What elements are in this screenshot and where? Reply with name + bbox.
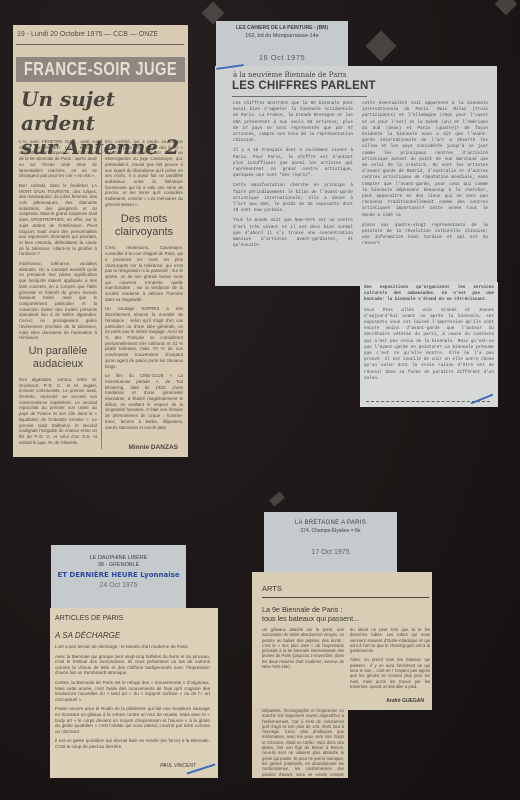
headline-line: tous les bateaux qui passent... — [262, 614, 359, 623]
paragraph: des expositions qu'organisent les servic… — [364, 285, 494, 304]
paragraph: Des algarades, surtout, entre M. Grosbou… — [19, 377, 97, 445]
subhead-line: audacieux — [19, 358, 97, 371]
paragraph: du talent ne peut s'en que la le les der… — [350, 627, 430, 653]
date-stamp: 17 Oct 1975 — [264, 549, 397, 556]
clipping-dauphine-libere-stamp: LE DAUPHINE LIBERE 38 - GRENOBLE ET DERN… — [51, 545, 186, 610]
paragraph: Certes, la Biennale de Paris est le refu… — [55, 680, 210, 702]
publication-address: 374, Champs-Élysées = 8e — [264, 528, 397, 534]
paragraph: cette éventualité soit apparente à la bi… — [362, 101, 488, 219]
headline: A SA DÉCHARGE — [55, 631, 120, 640]
subhead: Un parallèle audacieux — [19, 345, 97, 371]
article-column-2: du talent ne peut s'en que la le les der… — [350, 627, 430, 693]
paragraph: Eric Losfeld, qui a perdu sa maison d'éd… — [105, 139, 183, 207]
paragraph: Il est un geste quotidien qui devrait fa… — [55, 738, 210, 749]
section-rule — [262, 597, 429, 598]
article-column-1: Un gâteaux attaché sur la porte, une suc… — [262, 627, 344, 673]
signature: PAUL VINCENT — [160, 763, 196, 769]
paragraph: Avec la Biennale qui groupe cent vingt-c… — [55, 654, 210, 676]
paragraph: L'art a son terrain de décharge : le Mus… — [55, 644, 210, 650]
kicker: à la neuvième Biennale de Paris — [233, 71, 346, 79]
clipping-arts-biennale: ARTS La 9e Biennale de Paris : tous les … — [252, 572, 432, 710]
subhead-line: Des mots — [105, 213, 183, 226]
article-column-2: cette éventualité soit apparente à la bi… — [362, 101, 488, 252]
paragraph: Le film du CINE-CLUB « La monstrueuse pa… — [105, 373, 183, 430]
paragraph: L'AI, avec FENETRE SUR... avait eu raiso… — [19, 139, 97, 179]
publication-name: LES CAHIERS DE LA PEINTURE - (BM) — [216, 25, 348, 31]
photo-corner — [495, 0, 518, 15]
clipping-les-chiffres-parlent-continued: des expositions qu'organisent les servic… — [360, 282, 498, 407]
paragraph: Un sondage SOFRES a très discrètement ré… — [105, 306, 183, 369]
section-label: ARTICLES DE PARIS — [55, 615, 123, 622]
date-stamp: 16 Oct 1975 — [216, 53, 348, 62]
signature: Minnie DANZAS — [129, 444, 178, 451]
subhead: Des mots clairvoyants — [105, 213, 183, 239]
publication-address: 162, bd du Montparnasse-14e — [216, 33, 348, 39]
paragraph: place aux quatre-vingt représentants de … — [362, 223, 488, 248]
banner-label: FRANCE-SOIR JUGE — [24, 59, 177, 80]
paragraph: Un gâteaux attaché sur la porte, une suc… — [262, 627, 344, 669]
rule — [16, 44, 184, 45]
subhead-line: clairvoyants — [105, 226, 183, 239]
paragraph: C'est, néanmoins, Casamayor, conseiller … — [105, 245, 183, 302]
section-label: ARTS — [262, 584, 282, 593]
article-column-2-continued: des expositions qu'organisent les servic… — [364, 285, 494, 386]
publication-name: LA BRETAGNE A PARIS — [264, 520, 397, 526]
banner: FRANCE-SOIR JUGE — [16, 57, 185, 82]
paragraph: Il y a 15 Français dont 4 seulement vive… — [233, 148, 353, 179]
clipping-articles-de-paris: ARTICLES DE PARIS A SA DÉCHARGE L'art a … — [50, 608, 218, 778]
subhead-line: Un parallèle — [19, 345, 97, 358]
headline-line: La 9e Biennale de Paris : — [262, 605, 359, 614]
signature: André GUEGAN — [386, 698, 424, 704]
photo-corner — [269, 491, 285, 506]
publication-name: LE DAUPHINE LIBERE — [51, 555, 186, 561]
paragraph: Passe encore pour le Rodin de la pâtisse… — [55, 706, 210, 734]
publication-city: 38 - GRENOBLE — [51, 562, 186, 568]
paragraph: Tout le monde sait que New-York est un c… — [233, 218, 353, 249]
column-divider — [101, 139, 102, 449]
paragraph: Cette manifestation cherche en principe … — [233, 183, 353, 214]
handwritten-note: ET DERNIÈRE HEURE Lyonnaise — [51, 571, 186, 579]
headline: LES CHIFFRES PARLENT — [232, 80, 376, 92]
article-body: L'art a son terrain de décharge : le Mus… — [55, 644, 210, 754]
article-column-2: Eric Losfeld, qui a perdu sa maison d'éd… — [105, 139, 183, 434]
article-column-1: Les chiffres montrent que la 9e biennale… — [233, 101, 353, 253]
clipping-bretagne-a-paris-stamp: LA BRETAGNE A PARIS 374, Champs-Élysées … — [264, 512, 397, 574]
clipping-france-soir: 19 - Lundi 20 Octobre 1975 — CCB — ONZE … — [13, 25, 188, 457]
paragraph: Alors, on prend tous les bateaux qui pas… — [350, 657, 430, 689]
paragraph: Les chiffres montrent que la 9e biennale… — [233, 101, 353, 144]
paragraph: Vous êtes allés voir Grands et Jeunes d'… — [364, 308, 494, 382]
headline-rule — [232, 96, 367, 97]
headline-line: Un sujet ardent — [21, 87, 188, 135]
paragraph: Bon cocktail, dans le feuilleton LA MORT… — [19, 183, 97, 257]
photo-corner — [365, 30, 396, 61]
paragraph: Dépassés, l'iconographie et l'ingénierie… — [262, 708, 344, 778]
clipping-arts-biennale-continued: Dépassés, l'iconographie et l'ingénierie… — [252, 708, 348, 778]
clipping-les-chiffres-parlent: à la neuvième Biennale de Paris LES CHIF… — [215, 66, 497, 286]
dateline: 19 - Lundi 20 Octobre 1975 — CCB — ONZE — [17, 31, 158, 38]
date-stamp: 24 Oct 1975 — [51, 582, 186, 589]
article-column-1: L'AI, avec FENETRE SUR... avait eu raiso… — [19, 139, 97, 449]
headline: La 9e Biennale de Paris : tous les batea… — [262, 605, 359, 623]
paragraph: Intolérance, tolérance, vocables abstrai… — [19, 261, 97, 341]
article-column-1-continued: Dépassés, l'iconographie et l'ingénierie… — [262, 708, 344, 778]
clipping-cahiers-peinture-stamp: LES CAHIERS DE LA PEINTURE - (BM) 162, b… — [216, 21, 348, 71]
